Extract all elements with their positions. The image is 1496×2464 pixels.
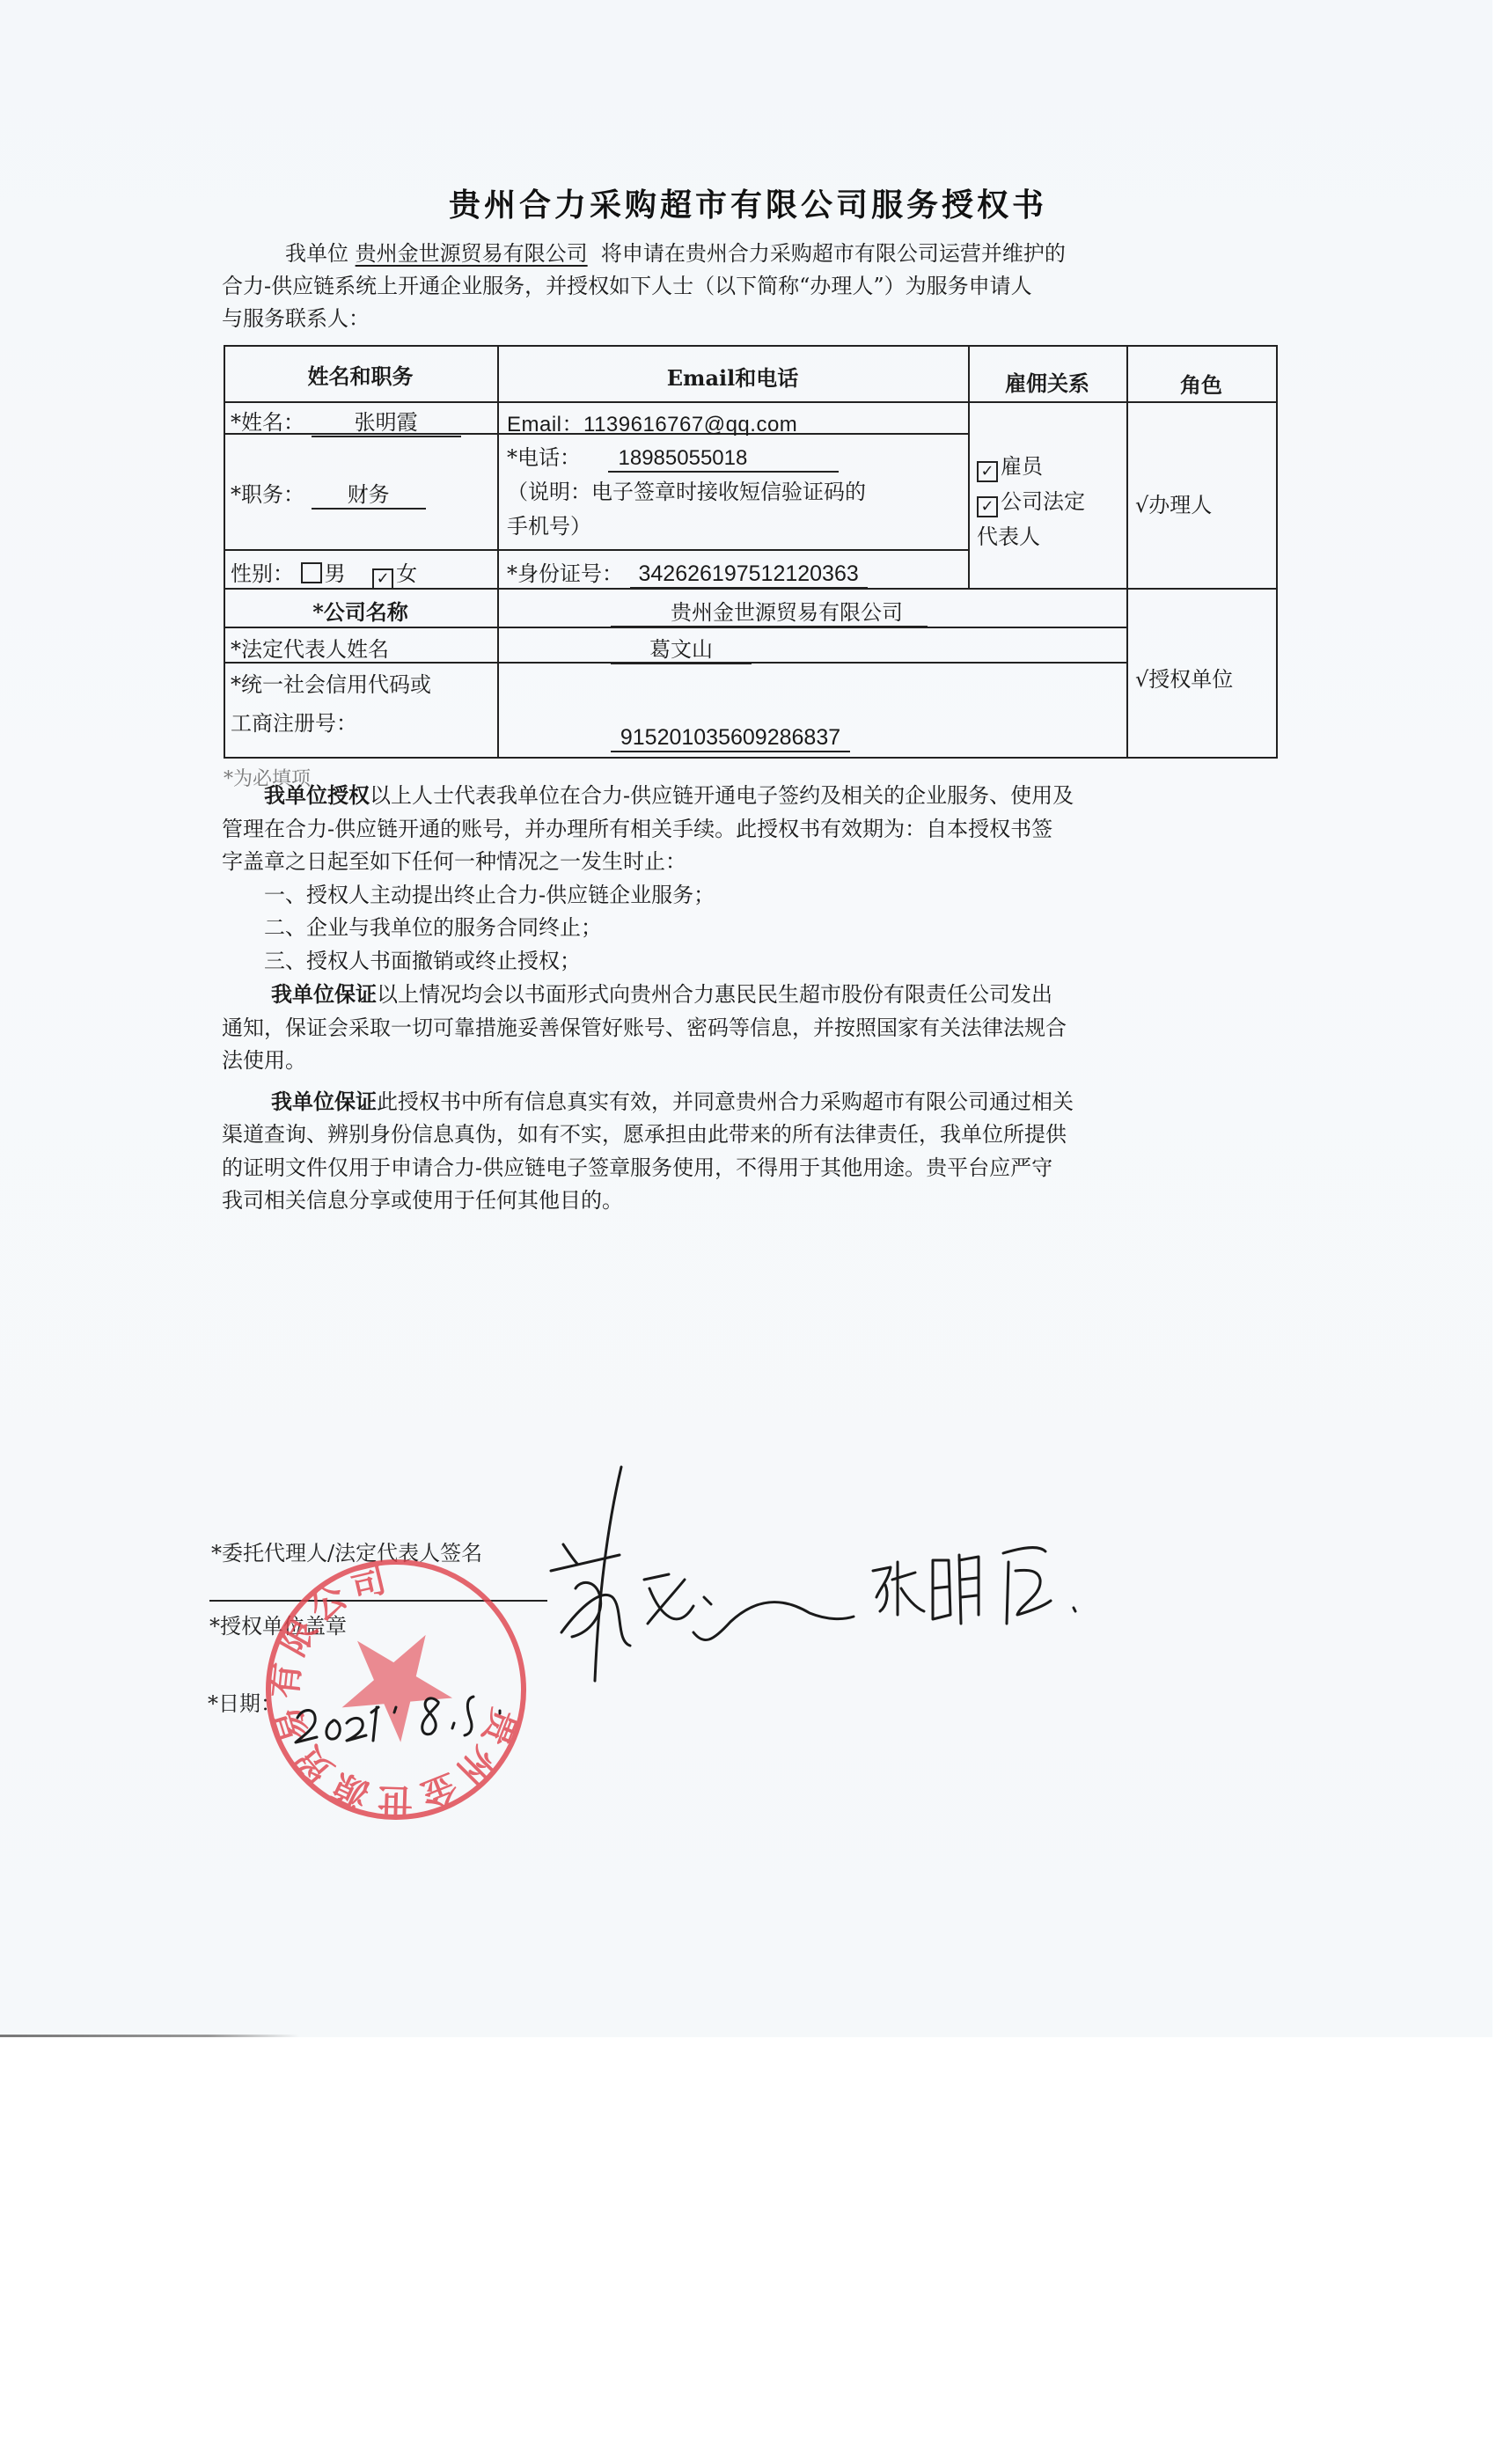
phone-value: 18985055018 xyxy=(608,446,839,473)
id-label: *身份证号： xyxy=(507,561,623,586)
gender-female-checkbox[interactable]: ✓ xyxy=(372,568,393,590)
p3-bold: 我单位保证 xyxy=(271,1089,377,1114)
gender-label: 性别： xyxy=(231,561,294,586)
p2-line3: 法使用。 xyxy=(222,1045,1295,1078)
p3-line1: 我单位保证此授权书中所有信息真实有效，并同意贵州合力采购超市有限公司通过相关 xyxy=(222,1085,1295,1119)
name-label: *姓名： xyxy=(231,410,304,435)
p1-line3: 字盖章之日起至如下任何一种情况之一发生时止： xyxy=(222,846,1295,879)
employment-legal-rep: ✓公司法定 xyxy=(977,484,1085,517)
credit-code-field: 915201035609286837 xyxy=(611,725,850,752)
credit-code-label-line1: *统一社会信用代码或 xyxy=(231,667,431,698)
header-name-title: 姓名和职务 xyxy=(224,359,497,390)
position-field: *职务： 财务 xyxy=(231,477,426,510)
legal-rep-checkbox[interactable]: ✓ xyxy=(977,496,998,517)
phone-note-line1: （说明：电子签章时接收短信验证码的 xyxy=(507,474,866,505)
table-border xyxy=(224,345,225,759)
term-item-2: 二、企业与我单位的服务合同终止； xyxy=(222,912,1295,945)
legal-rep-name-label: *法定代表人姓名 xyxy=(231,632,389,663)
intro-line3: 与服务联系人： xyxy=(222,303,1287,335)
gender-female-label: 女 xyxy=(396,561,417,586)
phone-field: *电话： 18985055018 xyxy=(507,440,839,473)
phone-note-line2: 手机号） xyxy=(507,509,591,539)
id-value: 342626197512120363 xyxy=(630,561,868,589)
role-agent: √办理人 xyxy=(1135,488,1212,518)
p1-bold: 我单位授权 xyxy=(264,782,370,808)
role-unit: √授权单位 xyxy=(1135,662,1233,693)
name-field: *姓名： 张明霞 xyxy=(231,405,461,437)
legal-rep-name-field: 葛文山 xyxy=(611,632,752,664)
company-label: *公司名称 xyxy=(224,595,497,626)
employee-label: 雇员 xyxy=(1001,454,1043,479)
table-border xyxy=(1276,345,1278,759)
intro-prefix: 我单位 xyxy=(285,241,348,266)
employment-employee: ✓雇员 xyxy=(977,449,1043,482)
table-border xyxy=(224,345,1278,347)
intro-paragraph: 我单位 贵州金世源贸易有限公司 将申请在贵州合力采购超市有限公司运营并维护的 合… xyxy=(222,238,1287,335)
legal-rep-label: 公司法定 xyxy=(1001,489,1085,514)
intro-company-filled: 贵州金世源贸易有限公司 xyxy=(356,241,588,266)
credit-code-label-line2: 工商注册号： xyxy=(231,706,357,737)
table-divider xyxy=(497,345,499,759)
header-role: 角色 xyxy=(1126,368,1276,399)
legal-rep-name-value: 葛文山 xyxy=(611,632,752,664)
gender-field: 性别： 男 ✓女 xyxy=(231,556,417,590)
handwritten-signatures xyxy=(546,1456,1091,1694)
body-text: 我单位授权以上人士代表我单位在合力-供应链开通电子签约及相关的企业服务、使用及 … xyxy=(222,779,1295,1218)
company-value: 贵州金世源贸易有限公司 xyxy=(611,595,928,627)
phone-label: *电话： xyxy=(507,445,581,470)
intro-line2: 合力-供应链系统上开通企业服务，并授权如下人士（以下简称“办理人”）为服务申请人 xyxy=(222,270,1287,303)
p2-bold: 我单位保证 xyxy=(271,981,377,1007)
p2-line1: 我单位保证以上情况均会以书面形式向贵州合力惠民民生超市股份有限责任公司发出 xyxy=(222,978,1295,1012)
email-field: Email：1139616767@qq.com xyxy=(507,407,797,437)
p3-line2: 渠道查询、辨别身份信息真伪，如有不实，愿承担由此带来的所有法律责任，我单位所提供 xyxy=(222,1118,1295,1152)
table-divider xyxy=(1126,345,1128,759)
p1-line1: 我单位授权以上人士代表我单位在合力-供应链开通电子签约及相关的企业服务、使用及 xyxy=(222,779,1295,813)
table-divider xyxy=(224,401,1278,403)
p3-line3: 的证明文件仅用于申请合力-供应链电子签章服务使用，不得用于其他用途。贵平台应严守 xyxy=(222,1152,1295,1185)
header-email-phone: Email和电话 xyxy=(497,361,968,392)
employee-checkbox[interactable]: ✓ xyxy=(977,461,998,482)
email-label: Email： xyxy=(507,413,583,436)
name-value: 张明霞 xyxy=(312,405,461,437)
table-divider xyxy=(224,549,970,551)
scan-edge xyxy=(0,2035,299,2037)
email-value: 1139616767@qq.com xyxy=(583,413,797,436)
p1-text1: 以上人士代表我单位在合力-供应链开通电子签约及相关的企业服务、使用及 xyxy=(370,783,1074,808)
table-border xyxy=(224,757,1278,759)
term-item-1: 一、授权人主动提出终止合力-供应链企业服务； xyxy=(222,879,1295,913)
authorization-table: 姓名和职务 Email和电话 雇佣关系 角色 *姓名： 张明霞 Email：11… xyxy=(224,345,1278,759)
header-employment: 雇佣关系 xyxy=(968,366,1126,397)
legal-rep-label-cont: 代表人 xyxy=(977,519,1040,550)
gender-male-label: 男 xyxy=(325,561,346,586)
p2-line2: 通知，保证会采取一切可靠措施妥善保管好账号、密码等信息，并按照国家有关法律法规合 xyxy=(222,1012,1295,1045)
intro-line1-rest: 将申请在贵州合力采购超市有限公司运营并维护的 xyxy=(601,241,1066,266)
p3-line4: 我司相关信息分享或使用于任何其他目的。 xyxy=(222,1184,1295,1218)
p3-text1: 此授权书中所有信息真实有效，并同意贵州合力采购超市有限公司通过相关 xyxy=(377,1089,1074,1114)
id-field: *身份证号： 342626197512120363 xyxy=(507,556,868,589)
company-field: 贵州金世源贸易有限公司 xyxy=(611,595,928,627)
credit-code-value: 915201035609286837 xyxy=(611,725,850,752)
position-label: *职务： xyxy=(231,482,304,507)
p2-text1: 以上情况均会以书面形式向贵州合力惠民民生超市股份有限责任公司发出 xyxy=(377,982,1052,1007)
document-title: 贵州合力采购超市有限公司服务授权书 xyxy=(0,180,1496,225)
term-item-3: 三、授权人书面撤销或终止授权； xyxy=(222,945,1295,979)
gender-male-checkbox[interactable] xyxy=(301,562,322,583)
handwritten-date xyxy=(290,1672,519,1751)
position-value: 财务 xyxy=(312,477,426,510)
p1-line2: 管理在合力-供应链开通的账号，并办理所有相关手续。此授权书有效期为：自本授权书签 xyxy=(222,813,1295,847)
